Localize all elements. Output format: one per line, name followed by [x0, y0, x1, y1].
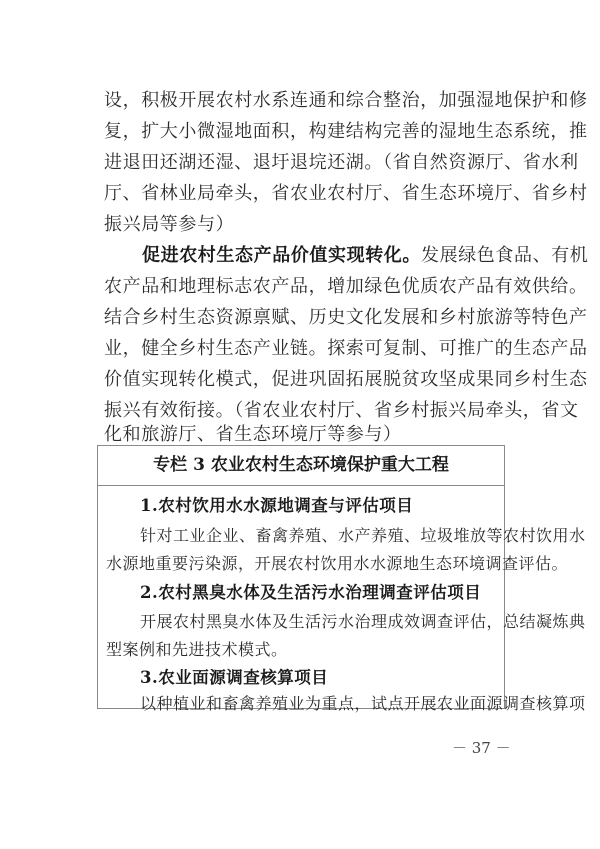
- box-item-3-line: 以种植业和畜禽养殖业为重点，试点开展农业面源调查核算项: [106, 694, 496, 714]
- paragraph-2-line: 振兴有效衔接。（省农业农村厅、省乡村振兴局牵头，省文: [104, 400, 504, 422]
- paragraph-2-bold-lead: 促进农村生态产品价值实现转化。: [142, 245, 421, 266]
- paragraph-2-line: 价值实现转化模式，促进巩固拓展脱贫攻坚成果同乡村生态: [104, 369, 504, 391]
- paragraph-2-line: 农产品和地理标志农产品，增加绿色优质农产品有效供给。: [104, 276, 504, 298]
- paragraph-1-line: 厅、省林业局牵头，省农业农村厅、省生态环境厅、省乡村: [104, 183, 504, 205]
- box-item-1-line: 针对工业企业、畜禽养殖、水产养殖、垃圾堆放等农村饮用水: [106, 526, 496, 546]
- paragraph-1-line: 振兴局等参与）: [104, 214, 504, 236]
- box-item-2-line: 开展农村黑臭水体及生活污水治理成效调查评估，总结凝炼典: [106, 612, 496, 632]
- project-box: 专栏 3 农业农村生态环境保护重大工程 1.农村饮用水水源地调查与评估项目 针对…: [97, 445, 505, 709]
- document-page: 设，积极开展农村水系连通和综合整治，加强湿地保护和修 复，扩大小微湿地面积，构建…: [0, 0, 600, 849]
- page-number: － 37 －: [452, 737, 511, 758]
- paragraph-1-line: 复，扩大小微湿地面积，构建结构完善的湿地生态系统，推: [104, 121, 504, 143]
- paragraph-2-first-line-rest: 发展绿色食品、有机: [421, 245, 588, 266]
- paragraph-1-line: 设，积极开展农村水系连通和综合整治，加强湿地保护和修: [104, 90, 504, 112]
- box-item-2-line: 型案例和先进技术模式。: [106, 640, 496, 660]
- paragraph-2-first-line: 促进农村生态产品价值实现转化。发展绿色食品、有机: [104, 245, 504, 267]
- paragraph-1-line: 进退田还湖还湿、退圩退垸还湖。（省自然资源厅、省水利: [104, 152, 504, 174]
- box-item-2-heading: 2.农村黑臭水体及生活污水治理调查评估项目: [106, 583, 496, 603]
- paragraph-2-line: 业，健全乡村生态产业链。探索可复制、可推广的生态产品: [104, 338, 504, 360]
- box-item-1-heading: 1.农村饮用水水源地调查与评估项目: [106, 496, 496, 516]
- paragraph-2-line: 结合乡村生态资源禀赋、历史文化发展和乡村旅游等特色产: [104, 307, 504, 329]
- box-item-1-line: 水源地重要污染源，开展农村饮用水水源地生态环境调查评估。: [106, 554, 496, 574]
- box-item-3-heading: 3.农业面源调查核算项目: [106, 668, 496, 688]
- paragraph-2-line: 化和旅游厅、省生态环境厅等参与）: [104, 424, 504, 446]
- box-title: 专栏 3 农业农村生态环境保护重大工程: [98, 446, 504, 486]
